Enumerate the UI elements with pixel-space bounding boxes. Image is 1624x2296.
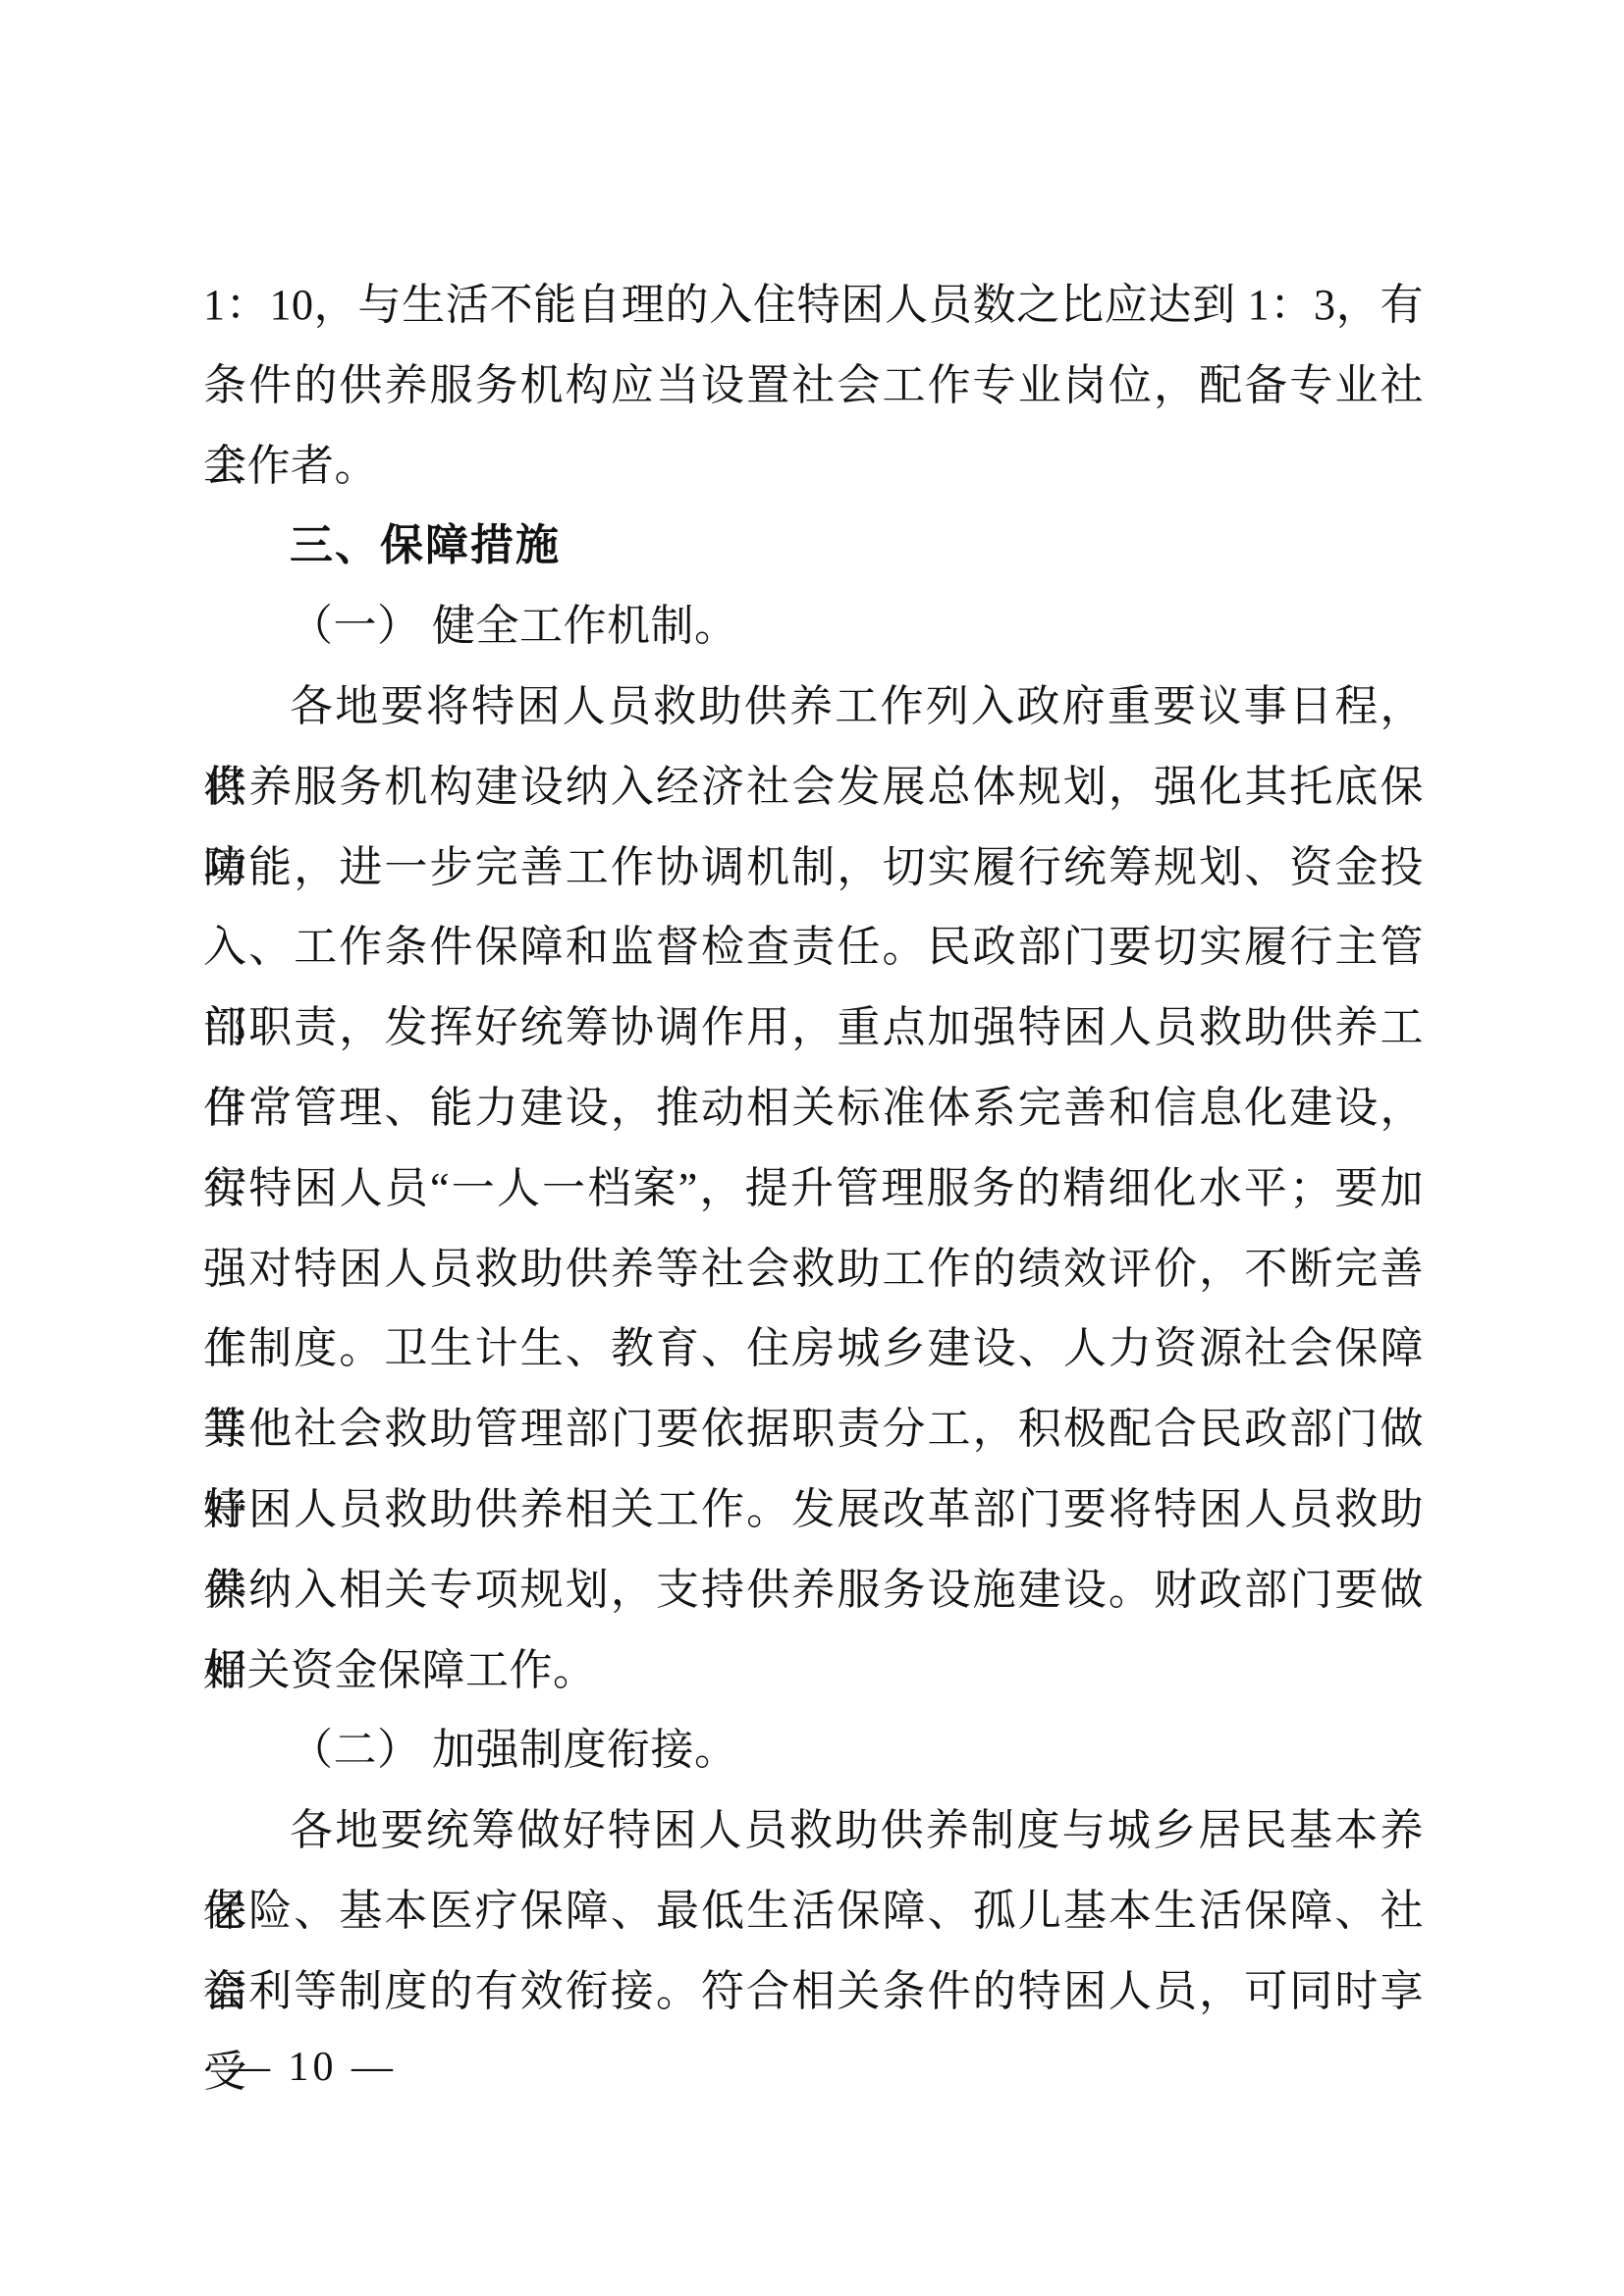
text-column: 1：10，与生活不能自理的入住特困人员数之比应达到 1：3，有 条件的供养服务机… (203, 265, 1424, 2032)
text-line: 条件的供养服务机构应当设置社会工作专业岗位，配备专业社会 (203, 346, 1424, 426)
text-line: 入、工作条件保障和监督检查责任。民政部门要切实履行主管部 (203, 907, 1424, 988)
text-line: 作制度。卫生计生、教育、住房城乡建设、人力资源社会保障等 (203, 1308, 1424, 1389)
text-line: 1：10，与生活不能自理的入住特困人员数之比应达到 1：3，有 (203, 265, 1424, 346)
subsection-heading: （一） 健全工作机制。 (203, 586, 1424, 667)
section-heading: 三、保障措施 (203, 506, 1424, 586)
text-line: 供养服务机构建设纳入经济社会发展总体规划，强化其托底保障 (203, 747, 1424, 828)
text-line: 工作者。 (203, 426, 1424, 507)
text-line: 各地要统筹做好特困人员救助供养制度与城乡居民基本养老 (203, 1790, 1424, 1871)
text-line: 门职责，发挥好统筹协调作用，重点加强特困人员救助供养工作 (203, 988, 1424, 1068)
subsection-heading: （二） 加强制度衔接。 (203, 1710, 1424, 1790)
document-page: 1：10，与生活不能自理的入住特困人员数之比应达到 1：3，有 条件的供养服务机… (0, 0, 1624, 2296)
text-line: 行特困人员“一人一档案”，提升管理服务的精细化水平；要加 (203, 1148, 1424, 1229)
page-number: — 10 — (229, 2044, 397, 2091)
text-line: 保险、基本医疗保障、最低生活保障、孤儿基本生活保障、社会 (203, 1871, 1424, 1951)
text-line: 养纳入相关专项规划，支持供养服务设施建设。财政部门要做好 (203, 1550, 1424, 1630)
text-line: 各地要将特困人员救助供养工作列入政府重要议事日程，将 (203, 667, 1424, 747)
text-line: 特困人员救助供养相关工作。发展改革部门要将特困人员救助供 (203, 1469, 1424, 1550)
text-line: 强对特困人员救助供养等社会救助工作的绩效评价，不断完善工 (203, 1229, 1424, 1309)
text-line: 其他社会救助管理部门要依据职责分工，积极配合民政部门做好 (203, 1389, 1424, 1469)
text-line: 功能，进一步完善工作协调机制，切实履行统筹规划、资金投 (203, 828, 1424, 908)
text-line: 相关资金保障工作。 (203, 1630, 1424, 1711)
text-line: 日常管理、能力建设，推动相关标准体系完善和信息化建设，实 (203, 1068, 1424, 1148)
text-line: 福利等制度的有效衔接。符合相关条件的特困人员，可同时享受 (203, 1951, 1424, 2032)
